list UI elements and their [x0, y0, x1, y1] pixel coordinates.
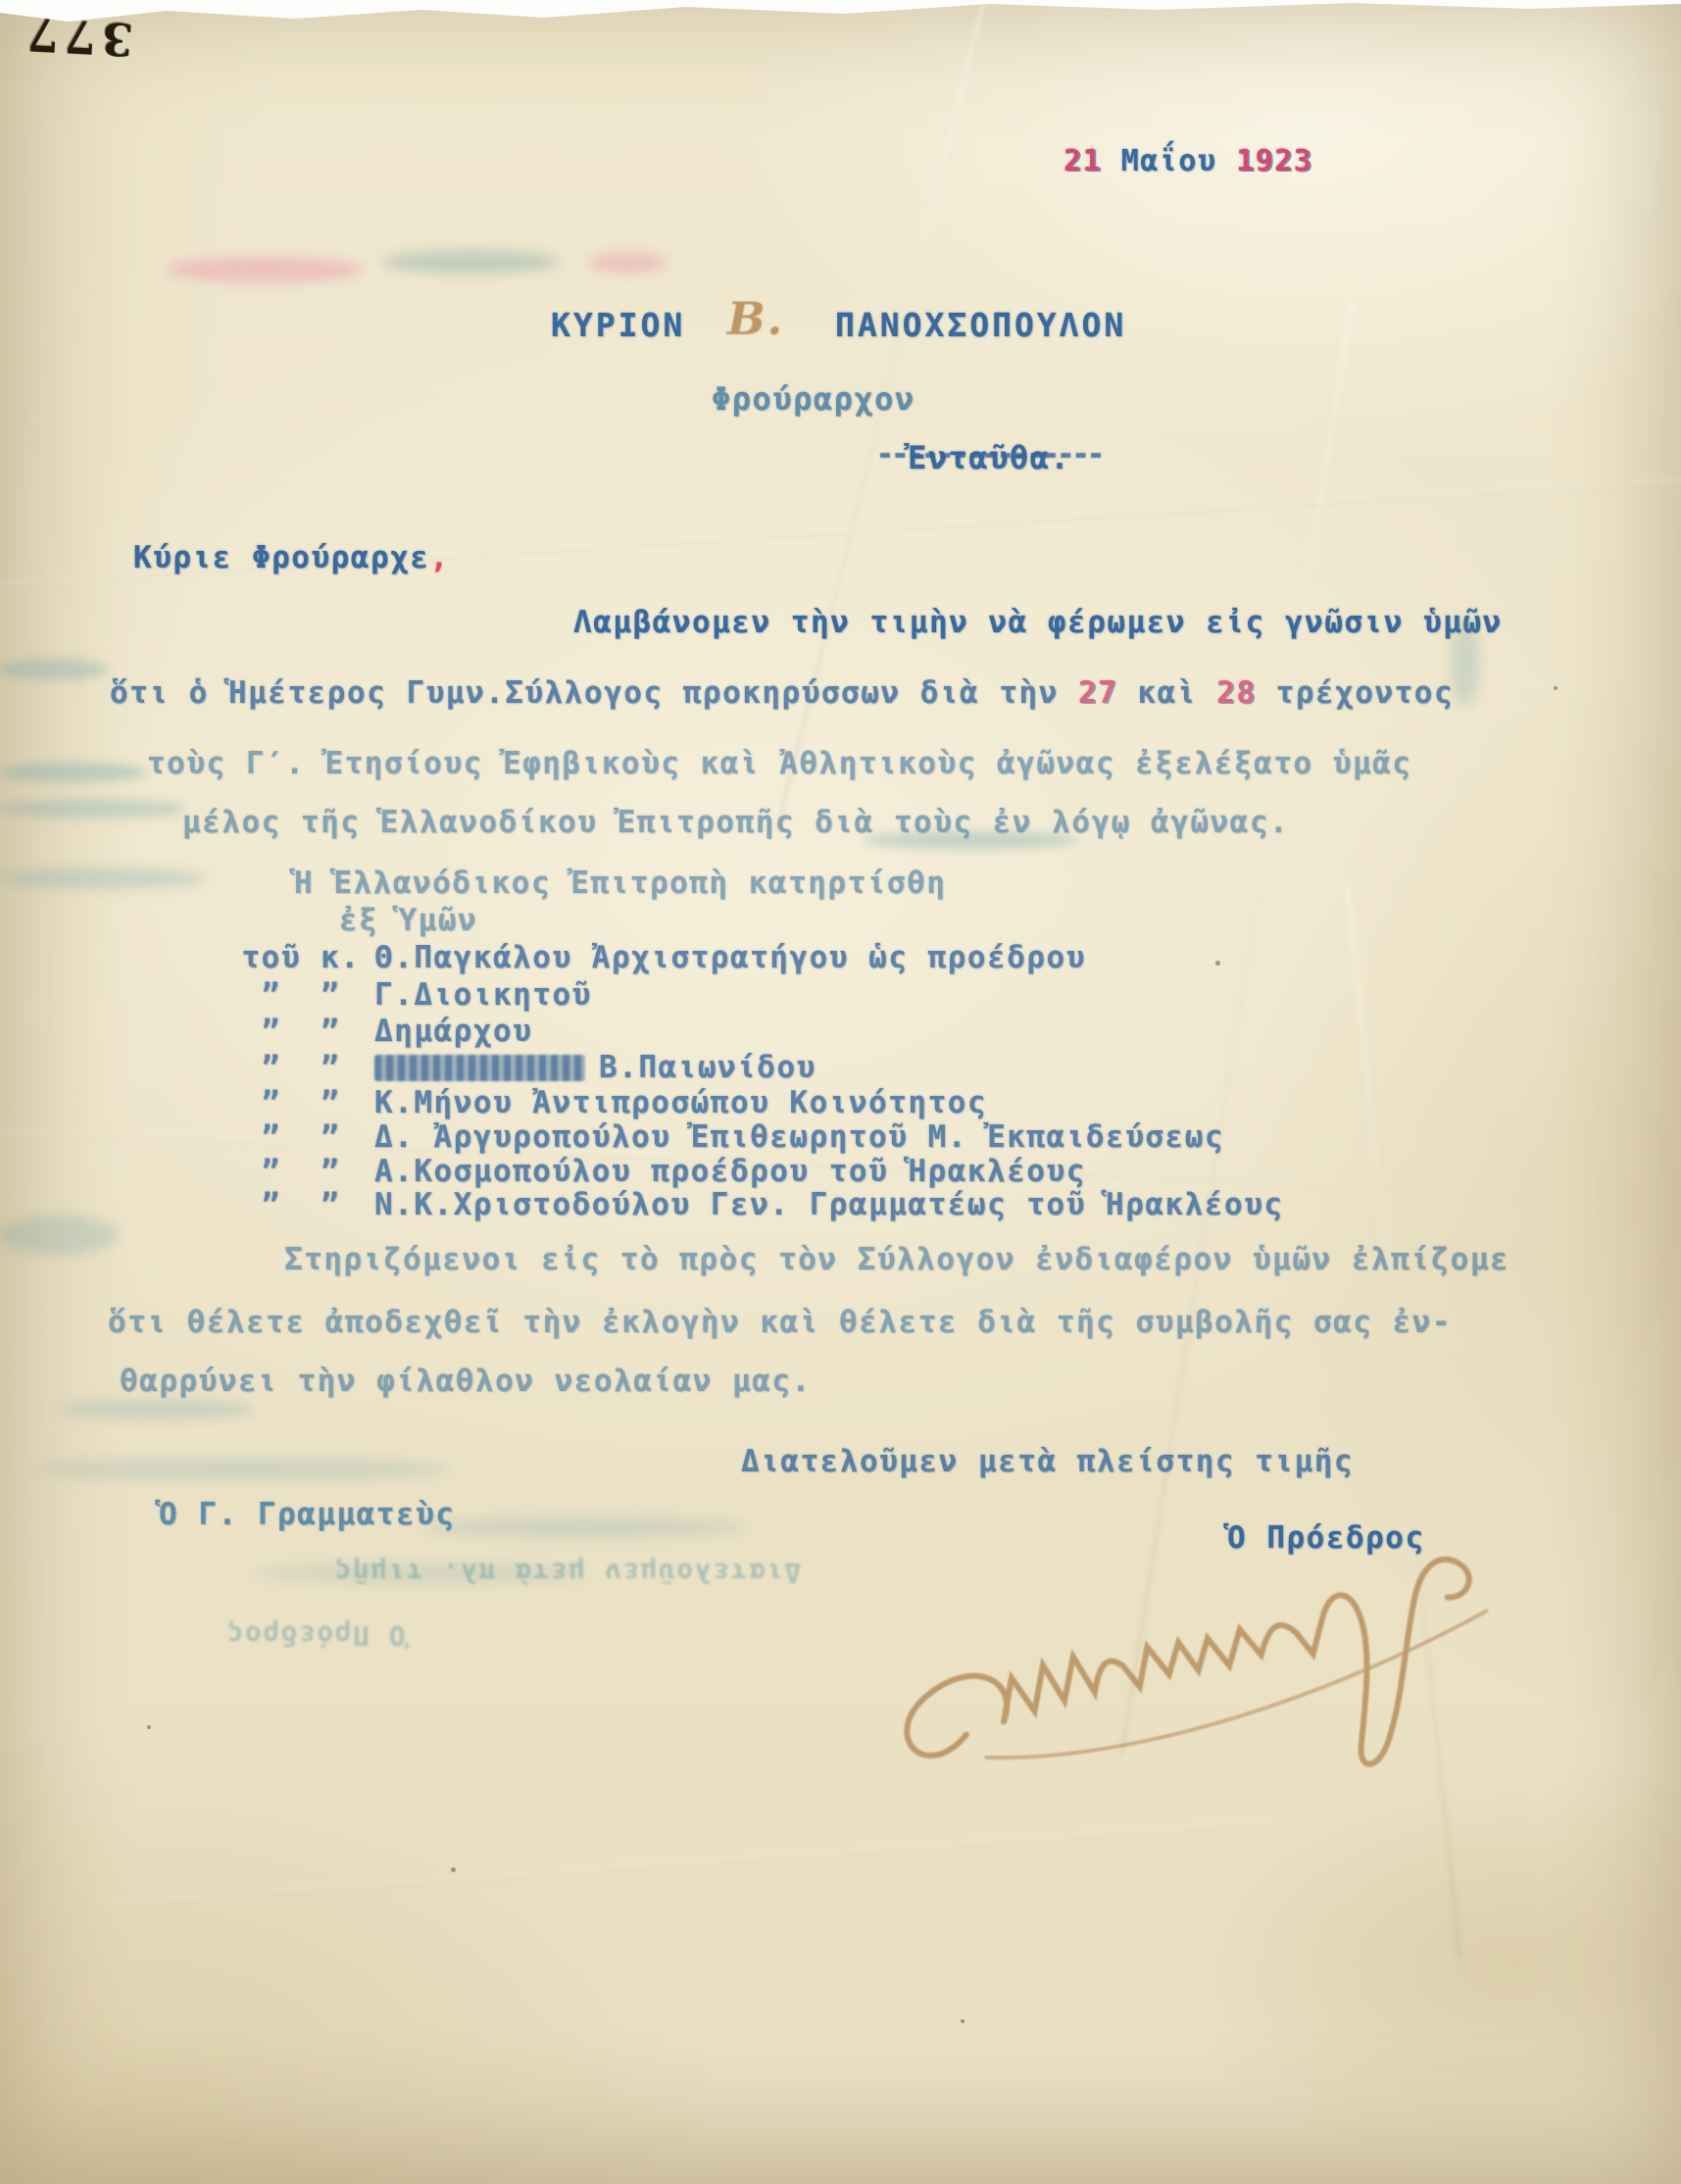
ditto-marks: ” ” — [227, 1051, 374, 1084]
overstruck-text — [374, 1055, 585, 1081]
highlighted-day: 27 — [1078, 675, 1117, 711]
ditto-marks: ” ” — [227, 1120, 374, 1154]
bleed-through-text: Ὁ Πρόεδρος — [225, 1619, 406, 1650]
ink-bleed-mark — [421, 1517, 745, 1537]
recipient-title: Φρούραρχον — [712, 382, 915, 417]
body-line: ὅτι ὁ Ἡμέτερος Γυμν.Σύλλογος προκηρύσσων… — [110, 676, 1454, 710]
torn-paper-edge — [0, 0, 1681, 29]
ink-bleed-mark — [167, 257, 363, 282]
committee-member: Κ.Μήνου Ἀντιπροσώπου Κοινότητος — [374, 1085, 987, 1120]
body-line-text: ὅτι ὁ Ἡμέτερος Γυμν.Σύλλογος προκηρύσσων… — [110, 675, 1078, 711]
ink-bleed-mark — [382, 250, 559, 273]
committee-row: ” ”Δημάρχου — [227, 1015, 532, 1048]
salutation-text: Κύριε Φρούραρχε — [133, 540, 429, 575]
dashed-underline — [880, 453, 1101, 458]
paper-speck — [1215, 961, 1220, 966]
committee-member: Γ.Διοικητοῦ — [374, 977, 592, 1013]
committee-row-lead: τοῦ κ. — [227, 941, 374, 974]
body-line-text: τρέχοντος — [1257, 675, 1455, 711]
recipient-surname: ΠΑΝΟΧΣΟΠΟΥΛΟΝ — [835, 308, 1126, 343]
handwritten-initial: Β. — [727, 294, 784, 344]
date-day: 21 — [1063, 144, 1102, 178]
paper-speck — [1554, 686, 1557, 690]
archive-number: 377 — [21, 9, 135, 64]
ditto-marks: ” ” — [227, 1188, 374, 1221]
committee-intro: Ἡ Ἑλλανόδικος Ἐπιτροπὴ κατηρτίσθη — [294, 867, 946, 900]
scanned-letter-page: { "document": { "archive_number": "377",… — [0, 0, 1681, 2184]
president-signature — [863, 1500, 1568, 1813]
closing-line: ὅτι θέλετε ἀποδεχθεῖ τὴν ἐκλογὴν καὶ θέλ… — [108, 1306, 1452, 1339]
closing-line: Στηριζόμενοι εἰς τὸ πρὸς τὸν Σύλλογον ἐν… — [284, 1243, 1509, 1276]
committee-row: ” ”Ν.Κ.Χριστοδούλου Γεν. Γραμματέως τοῦ … — [227, 1188, 1284, 1221]
committee-member: Ν.Κ.Χριστοδούλου Γεν. Γραμματέως τοῦ Ἡρα… — [374, 1187, 1284, 1222]
recipient-place: Ἐνταῦθα. — [908, 441, 1070, 475]
salutation-comma: , — [429, 540, 449, 575]
body-line: τοὺς Γ′. Ἐτησίους Ἐφηβικοὺς καὶ Ἀθλητικο… — [147, 747, 1411, 780]
ink-bleed-mark — [0, 659, 108, 680]
ditto-marks: ” ” — [227, 1086, 374, 1119]
recipient-prefix: ΚΥΡΙΟΝ — [551, 308, 685, 343]
body-line: Λαμβάνομεν τὴν τιμὴν νὰ φέρωμεν εἰς γνῶσ… — [573, 606, 1503, 639]
closing-line: θαρρύνει τὴν φίλαθλον νεολαίαν μας. — [120, 1365, 812, 1398]
committee-member: Α.Κοσμοπούλου προέδρου τοῦ Ἡρακλέους — [374, 1154, 1086, 1189]
paper-crease — [99, 1821, 1272, 1908]
paper-speck — [451, 1867, 456, 1872]
committee-member: Β.Παιωνίδου — [599, 1050, 816, 1085]
ink-bleed-mark — [0, 763, 147, 782]
body-line: μέλος τῆς Ἑλλανοδίκου Ἐπιτροπῆς διὰ τοὺς… — [182, 806, 1289, 839]
committee-row: ” ”Γ.Διοικητοῦ — [227, 978, 592, 1012]
ink-bleed-mark — [0, 799, 186, 819]
salutation: Κύριε Φρούραρχε, — [133, 541, 450, 574]
committee-row: τοῦ κ.Θ.Παγκάλου Ἀρχιστρατήγου ὡς προέδρ… — [227, 941, 1086, 974]
date-line: 21 Μαΐου 1923 — [1063, 145, 1312, 177]
secretary-label: Ὁ Γ. Γραμματεὺς — [159, 1498, 455, 1531]
ink-bleed-mark — [59, 1400, 255, 1419]
committee-row: ” ”Β.Παιωνίδου — [227, 1051, 816, 1084]
body-line-text: καὶ — [1117, 675, 1216, 711]
committee-intro: ἐξ Ὑμῶν — [339, 904, 477, 937]
valediction: Διατελοῦμεν μετὰ πλείστης τιμῆς — [741, 1445, 1354, 1478]
committee-row: ” ”Δ. Ἀργυροπούλου Ἐπιθεωρητοῦ Μ. Ἐκπαιδ… — [227, 1120, 1224, 1154]
ink-bleed-mark — [0, 1216, 118, 1255]
date-year: 1923 — [1236, 144, 1312, 178]
bleed-through-text: Διατελοῦμεν μετὰ πλ. τιμῆς — [333, 1557, 801, 1587]
ditto-marks: ” ” — [227, 978, 374, 1012]
committee-member: Δ. Ἀργυροπούλου Ἐπιθεωρητοῦ Μ. Ἐκπαιδεύσ… — [374, 1119, 1224, 1155]
committee-member: Θ.Παγκάλου Ἀρχιστρατήγου ὡς προέδρου — [374, 940, 1086, 975]
committee-member: Δημάρχου — [374, 1014, 532, 1049]
ink-bleed-mark — [588, 253, 667, 273]
committee-row: ” ”Α.Κοσμοπούλου προέδρου τοῦ Ἡρακλέους — [227, 1155, 1086, 1188]
paper-speck — [147, 1725, 151, 1729]
highlighted-day: 28 — [1216, 675, 1256, 711]
ditto-marks: ” ” — [227, 1015, 374, 1048]
committee-row: ” ”Κ.Μήνου Ἀντιπροσώπου Κοινότητος — [227, 1086, 987, 1119]
paper-speck — [961, 2019, 964, 2023]
date-month: Μαΐου — [1121, 144, 1217, 178]
ink-bleed-mark — [39, 1459, 451, 1480]
ditto-marks: ” ” — [227, 1155, 374, 1188]
ink-bleed-mark — [0, 868, 206, 889]
aged-paper-background: 377 21 Μαΐου 1923 ΚΥΡΙΟΝ Β. ΠΑΝΟΧΣΟΠΟΥΛΟ… — [0, 0, 1681, 2184]
